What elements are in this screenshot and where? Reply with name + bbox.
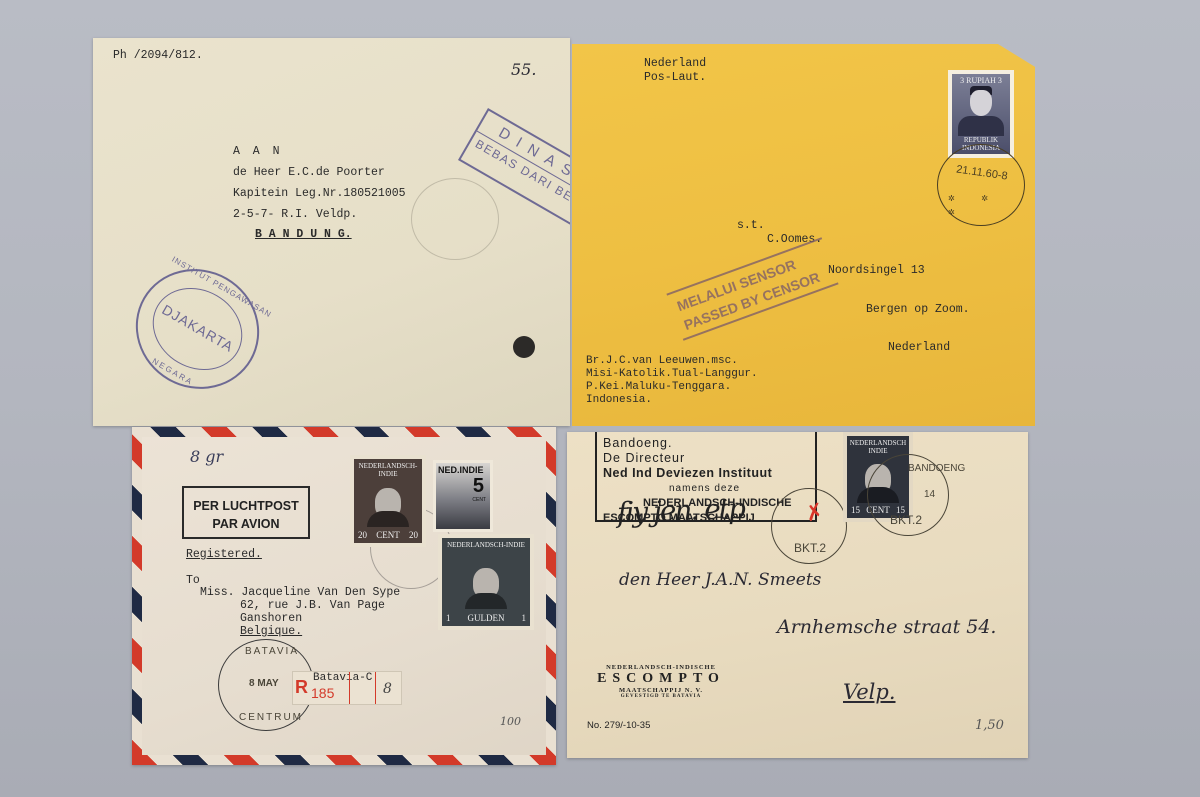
- registration-office: Batavia-C: [313, 672, 372, 684]
- postage-stamp-20-cent: NEDERLANDSCH-INDIE 20CENT20: [350, 455, 426, 547]
- registration-label: R Batavia-C 185 8: [292, 671, 402, 705]
- envelope-top-right: Nederland Pos-Laut. 3 RUPIAH 3 REPUBLIK …: [572, 44, 1035, 426]
- to-label: To: [186, 573, 200, 588]
- airmail-label: PER LUCHTPOST PAR AVION: [182, 486, 310, 539]
- address-line: Miss. Jacqueline Van Den Sype: [200, 586, 400, 599]
- portrait: [970, 90, 992, 116]
- envelope-bottom-left: 8 gr PER LUCHTPOST PAR AVION NEDERLANDSC…: [132, 427, 556, 765]
- sender-line: Br.J.C.van Leeuwen.msc.: [586, 355, 738, 368]
- registered-label: Registered.: [186, 547, 262, 562]
- stamp-value: 3 RUPIAH 3: [952, 74, 1010, 85]
- postmark-stars: ✲ ✲ ✲: [948, 191, 1024, 219]
- escompto-letterhead: NEDERLANDSCH-INDISCHE ESCOMPTO MAATSCHAP…: [591, 664, 731, 699]
- censor-stamp: MELALUI SENSOR PASSED BY CENSOR: [666, 237, 838, 340]
- faint-postmark: [411, 178, 499, 260]
- address-line: Noordsingel 13: [828, 263, 925, 278]
- pencil-note: 100: [500, 715, 521, 728]
- routing-line: Nederland: [644, 56, 706, 71]
- address-line: s.t.: [737, 218, 765, 233]
- postage-stamp-5-cent: NED.INDIE 5 CENT: [433, 460, 493, 532]
- address-city: B A N D U N G.: [255, 227, 352, 242]
- registration-mark: R: [295, 677, 308, 698]
- sender-line: P.Kei.Maluku-Tenggara.: [586, 381, 731, 394]
- address-line: Kapitein Leg.Nr.180521005: [233, 186, 406, 201]
- sender-line: Indonesia.: [586, 394, 652, 407]
- postage-stamp-1-gulden: NEDERLANDSCH-INDIE 1GULDEN1: [438, 534, 534, 630]
- signature: fiy jen. etp: [616, 492, 744, 529]
- postmark-date: 21.11.60-8: [955, 163, 1008, 182]
- address-line: Ganshoren: [240, 612, 302, 625]
- routing-line: Pos-Laut.: [644, 70, 706, 85]
- pencil-note: 55.: [511, 60, 536, 79]
- address-line: Bergen op Zoom.: [866, 302, 970, 317]
- handwritten-address-line: den Heer J.A.N. Smeets: [619, 570, 821, 590]
- sender-line: Misi-Katolik.Tual-Langgur.: [586, 368, 758, 381]
- address-line: 62, rue J.B. Van Page: [240, 599, 385, 612]
- envelope-top-left: Ph /2094/812. 55. DINAS BEBAS DARI BEA A…: [93, 38, 570, 426]
- bandoeng-postmark: BANDOENG 14 BKT.2: [867, 454, 949, 536]
- ink-blot: [513, 336, 535, 358]
- handwritten-address-line: Velp.: [843, 680, 896, 704]
- registration-number: 185: [311, 685, 334, 701]
- pencil-note: 1,50: [975, 718, 1004, 733]
- address-line: Nederland: [888, 340, 950, 355]
- handwritten-address-line: Arnhemsche straat 54.: [777, 616, 996, 638]
- address-country: Belgique.: [240, 625, 302, 638]
- envelope-bottom-right: Bandoeng. De Directeur Ned Ind Deviezen …: [567, 432, 1028, 758]
- registration-handwritten: 8: [383, 681, 392, 697]
- postmark: 21.11.60-8 ✲ ✲ ✲: [937, 144, 1025, 226]
- form-number: No. 279/-10-35: [587, 720, 650, 731]
- address-line: A A N: [233, 144, 283, 159]
- address-line: de Heer E.C.de Poorter: [233, 165, 385, 180]
- weight-note: 8 gr: [190, 447, 223, 466]
- djakarta-oval-stamp: INSTITUT PENGAWASAN DJAKARTA NEGARA: [114, 247, 281, 412]
- reference-number: Ph /2094/812.: [113, 48, 203, 63]
- address-line: 2-5-7- R.I. Veldp.: [233, 207, 357, 222]
